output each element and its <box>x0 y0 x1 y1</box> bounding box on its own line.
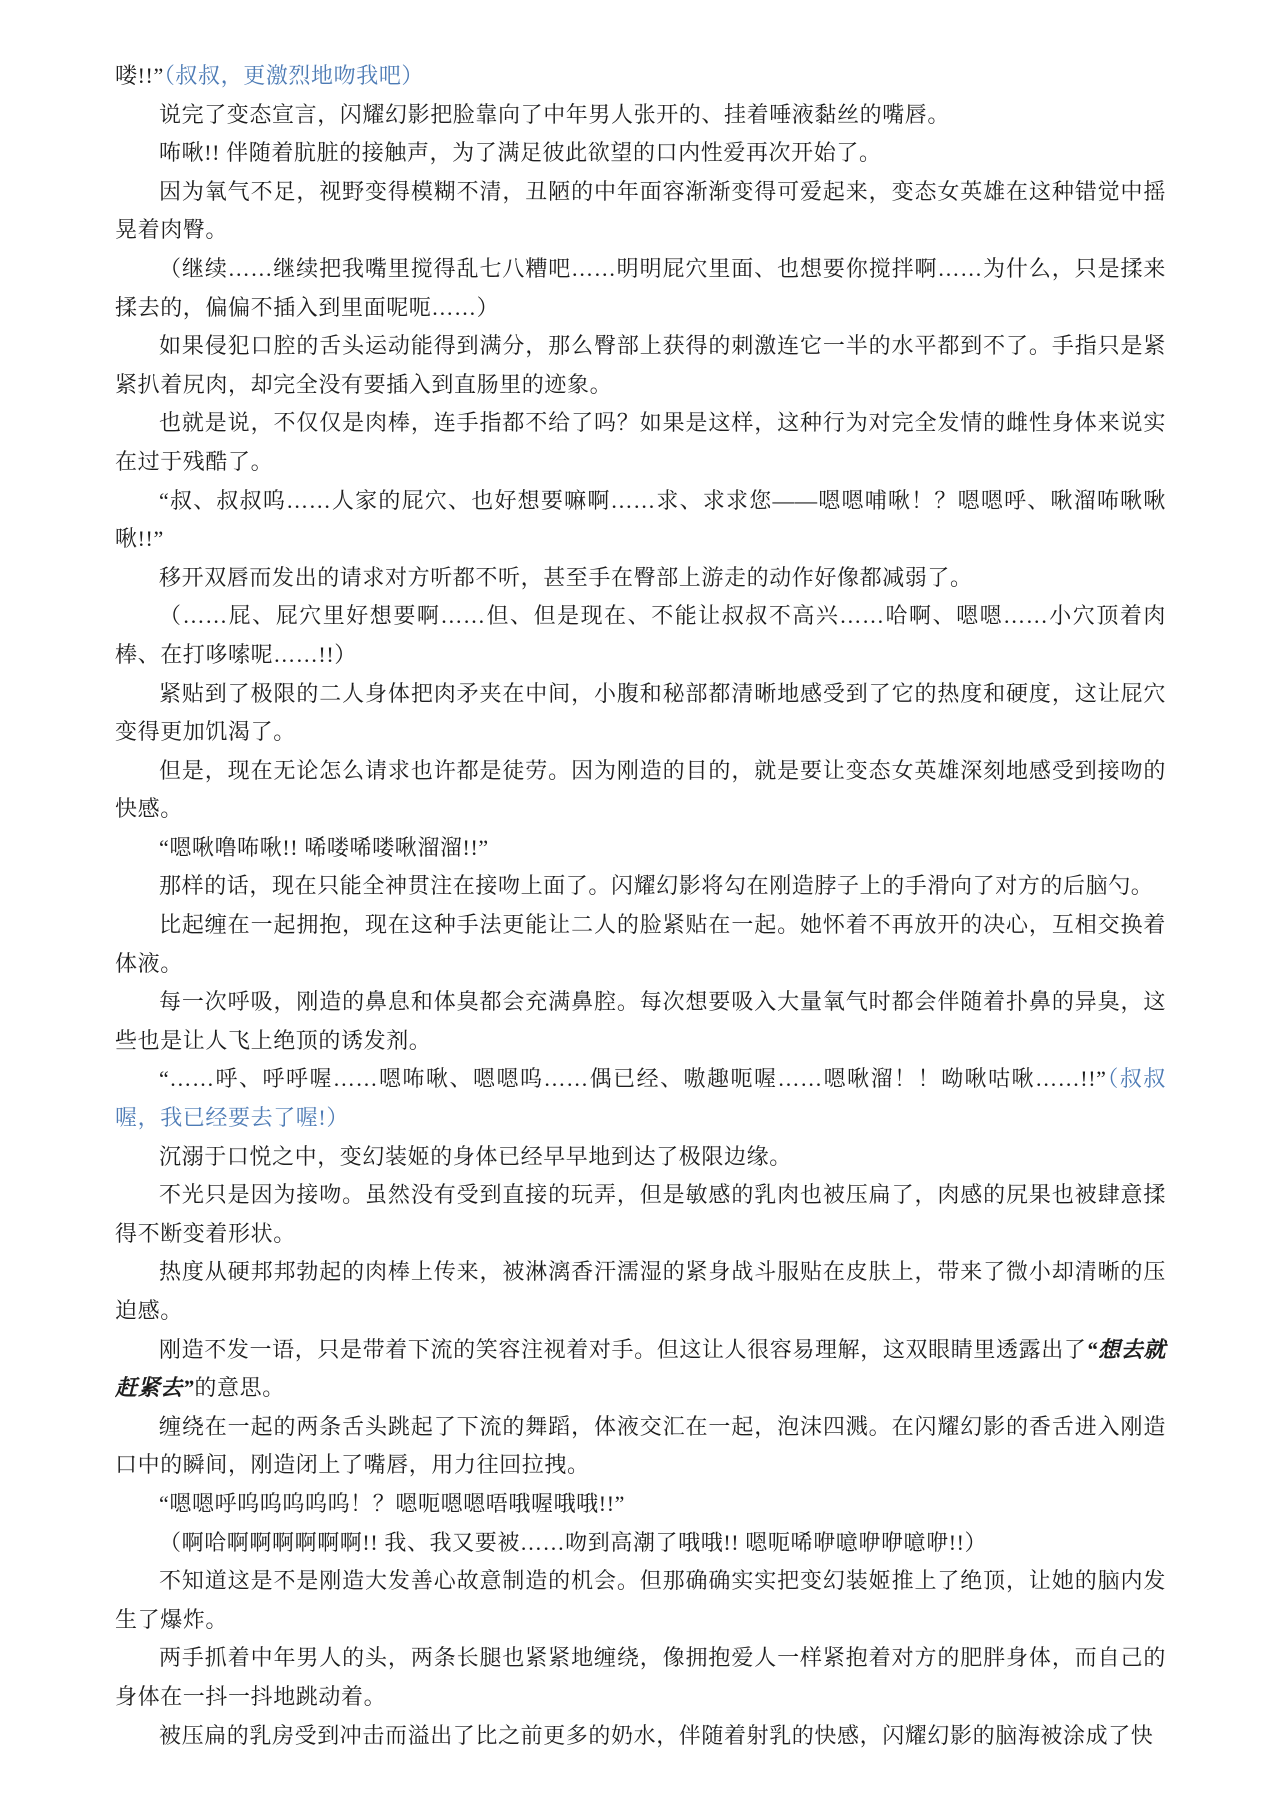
body-text: 如果侵犯口腔的舌头运动能得到满分，那么臀部上获得的刺激连它一半的水平都到不了。手… <box>115 333 1166 397</box>
body-text: “嗯啾噜咘啾!! 唏喽唏喽啾溜溜!!” <box>159 835 489 860</box>
paragraph: 如果侵犯口腔的舌头运动能得到满分，那么臀部上获得的刺激连它一半的水平都到不了。手… <box>115 327 1166 404</box>
paragraph: 缠绕在一起的两条舌头跳起了下流的舞蹈，体液交汇在一起，泡沫四溅。在闪耀幻影的香舌… <box>115 1408 1166 1485</box>
paragraph: 不知道这是不是刚造大发善心故意制造的机会。但那确确实实把变幻装姬推上了绝顶，让她… <box>115 1562 1166 1639</box>
body-text: （继续……继续把我嘴里搅得乱七八糟吧……明明屁穴里面、也想要你搅拌啊……为什么，… <box>115 256 1166 320</box>
body-text: “嗯嗯呼呜呜呜呜呜！？嗯呃嗯嗯唔哦喔哦哦!!” <box>159 1491 625 1516</box>
paragraph: （啊哈啊啊啊啊啊啊!! 我、我又要被……吻到高潮了哦哦!! 嗯呃唏咿噫咿咿噫咿!… <box>115 1524 1166 1563</box>
paragraph: 不光只是因为接吻。虽然没有受到直接的玩弄，但是敏感的乳肉也被压扁了，肉感的尻果也… <box>115 1176 1166 1253</box>
body-text: 不知道这是不是刚造大发善心故意制造的机会。但那确确实实把变幻装姬推上了绝顶，让她… <box>115 1568 1166 1632</box>
body-text: 两手抓着中年男人的头，两条长腿也紧紧地缠绕，像拥抱爱人一样紧抱着对方的肥胖身体，… <box>115 1645 1166 1709</box>
body-text: 缠绕在一起的两条舌头跳起了下流的舞蹈，体液交汇在一起，泡沫四溅。在闪耀幻影的香舌… <box>115 1414 1166 1478</box>
body-text: 那样的话，现在只能全神贯注在接吻上面了。闪耀幻影将勾在刚造脖子上的手滑向了对方的… <box>159 873 1153 898</box>
paragraph: 两手抓着中年男人的头，两条长腿也紧紧地缠绕，像拥抱爱人一样紧抱着对方的肥胖身体，… <box>115 1639 1166 1716</box>
body-text: “……呼、呼呼喔……嗯咘啾、嗯嗯呜……偶已经、嗷趣呃喔……嗯啾溜！！呦啾咕啾……… <box>159 1066 1107 1091</box>
novel-page: 喽!!”（叔叔，更激烈地吻我吧）说完了变态宣言，闪耀幻影把脸靠向了中年男人张开的… <box>0 0 1280 1817</box>
body-text: 被压扁的乳房受到冲击而溢出了比之前更多的奶水，伴随着射乳的快感，闪耀幻影的脑海被… <box>159 1723 1153 1748</box>
body-text: 的意思。 <box>194 1375 284 1400</box>
paragraph: （……屁、屁穴里好想要啊……但、但是现在、不能让叔叔不高兴……哈啊、嗯嗯……小穴… <box>115 597 1166 674</box>
body-text: 比起缠在一起拥抱，现在这种手法更能让二人的脸紧贴在一起。她怀着不再放开的决心，互… <box>115 912 1166 976</box>
body-text: 但是，现在无论怎么请求也许都是徒劳。因为刚造的目的，就是要让变态女英雄深刻地感受… <box>115 758 1166 822</box>
body-text: 热度从硬邦邦勃起的肉棒上传来，被淋漓香汗濡湿的紧身战斗服贴在皮肤上，带来了微小却… <box>115 1259 1166 1323</box>
paragraph: 每一次呼吸，刚造的鼻息和体臭都会充满鼻腔。每次想要吸入大量氧气时都会伴随着扑鼻的… <box>115 983 1166 1060</box>
paragraph: （继续……继续把我嘴里搅得乱七八糟吧……明明屁穴里面、也想要你搅拌啊……为什么，… <box>115 250 1166 327</box>
body-text: 说完了变态宣言，闪耀幻影把脸靠向了中年男人张开的、挂着唾液黏丝的嘴唇。 <box>159 102 950 127</box>
paragraph: 喽!!”（叔叔，更激烈地吻我吧） <box>115 57 1166 96</box>
paragraph: 比起缠在一起拥抱，现在这种手法更能让二人的脸紧贴在一起。她怀着不再放开的决心，互… <box>115 906 1166 983</box>
paragraph: “……呼、呼呼喔……嗯咘啾、嗯嗯呜……偶已经、嗷趣呃喔……嗯啾溜！！呦啾咕啾……… <box>115 1060 1166 1137</box>
paragraph: 也就是说，不仅仅是肉棒，连手指都不给了吗？如果是这样，这种行为对完全发情的雌性身… <box>115 404 1166 481</box>
paragraph: 刚造不发一语，只是带着下流的笑容注视着对手。但这让人很容易理解，这双眼睛里透露出… <box>115 1331 1166 1408</box>
body-text: 因为氧气不足，视野变得模糊不清，丑陋的中年面容渐渐变得可爱起来，变态女英雄在这种… <box>115 179 1166 243</box>
body-text: 刚造不发一语，只是带着下流的笑容注视着对手。但这让人很容易理解，这双眼睛里透露出… <box>159 1337 1087 1362</box>
body-text: “叔、叔叔呜……人家的屁穴、也好想要嘛啊……求、求求您——嗯嗯哺啾！？嗯嗯呼、啾… <box>115 488 1166 552</box>
paragraph: 被压扁的乳房受到冲击而溢出了比之前更多的奶水，伴随着射乳的快感，闪耀幻影的脑海被… <box>115 1717 1166 1756</box>
paragraph: 移开双唇而发出的请求对方听都不听，甚至手在臀部上游走的动作好像都减弱了。 <box>115 559 1166 598</box>
text-body: 喽!!”（叔叔，更激烈地吻我吧）说完了变态宣言，闪耀幻影把脸靠向了中年男人张开的… <box>115 57 1166 1755</box>
paragraph: “嗯嗯呼呜呜呜呜呜！？嗯呃嗯嗯唔哦喔哦哦!!” <box>115 1485 1166 1524</box>
body-text: 移开双唇而发出的请求对方听都不听，甚至手在臀部上游走的动作好像都减弱了。 <box>159 565 973 590</box>
paragraph: “嗯啾噜咘啾!! 唏喽唏喽啾溜溜!!” <box>115 829 1166 868</box>
body-text: 咘啾!! 伴随着肮脏的接触声，为了满足彼此欲望的口内性爱再次开始了。 <box>159 140 882 165</box>
paragraph: 说完了变态宣言，闪耀幻影把脸靠向了中年男人张开的、挂着唾液黏丝的嘴唇。 <box>115 96 1166 135</box>
annotation-text: （叔叔，更激烈地吻我吧） <box>164 63 424 88</box>
body-text: 也就是说，不仅仅是肉棒，连手指都不给了吗？如果是这样，这种行为对完全发情的雌性身… <box>115 410 1166 474</box>
paragraph: 那样的话，现在只能全神贯注在接吻上面了。闪耀幻影将勾在刚造脖子上的手滑向了对方的… <box>115 867 1166 906</box>
body-text: 紧贴到了极限的二人身体把肉矛夹在中间，小腹和秘部都清晰地感受到了它的热度和硬度，… <box>115 681 1166 745</box>
paragraph: 热度从硬邦邦勃起的肉棒上传来，被淋漓香汗濡湿的紧身战斗服贴在皮肤上，带来了微小却… <box>115 1253 1166 1330</box>
body-text: 沉溺于口悦之中，变幻装姬的身体已经早早地到达了极限边缘。 <box>159 1144 792 1169</box>
paragraph: 但是，现在无论怎么请求也许都是徒劳。因为刚造的目的，就是要让变态女英雄深刻地感受… <box>115 752 1166 829</box>
paragraph: 咘啾!! 伴随着肮脏的接触声，为了满足彼此欲望的口内性爱再次开始了。 <box>115 134 1166 173</box>
body-text: （……屁、屁穴里好想要啊……但、但是现在、不能让叔叔不高兴……哈啊、嗯嗯……小穴… <box>115 603 1166 667</box>
body-text: 不光只是因为接吻。虽然没有受到直接的玩弄，但是敏感的乳肉也被压扁了，肉感的尻果也… <box>115 1182 1166 1246</box>
paragraph: 紧贴到了极限的二人身体把肉矛夹在中间，小腹和秘部都清晰地感受到了它的热度和硬度，… <box>115 675 1166 752</box>
body-text: （啊哈啊啊啊啊啊啊!! 我、我又要被……吻到高潮了哦哦!! 嗯呃唏咿噫咿咿噫咿!… <box>159 1530 987 1555</box>
paragraph: “叔、叔叔呜……人家的屁穴、也好想要嘛啊……求、求求您——嗯嗯哺啾！？嗯嗯呼、啾… <box>115 482 1166 559</box>
body-text: 每一次呼吸，刚造的鼻息和体臭都会充满鼻腔。每次想要吸入大量氧气时都会伴随着扑鼻的… <box>115 989 1166 1053</box>
paragraph: 因为氧气不足，视野变得模糊不清，丑陋的中年面容渐渐变得可爱起来，变态女英雄在这种… <box>115 173 1166 250</box>
body-text: 喽!!” <box>115 63 164 88</box>
paragraph: 沉溺于口悦之中，变幻装姬的身体已经早早地到达了极限边缘。 <box>115 1138 1166 1177</box>
